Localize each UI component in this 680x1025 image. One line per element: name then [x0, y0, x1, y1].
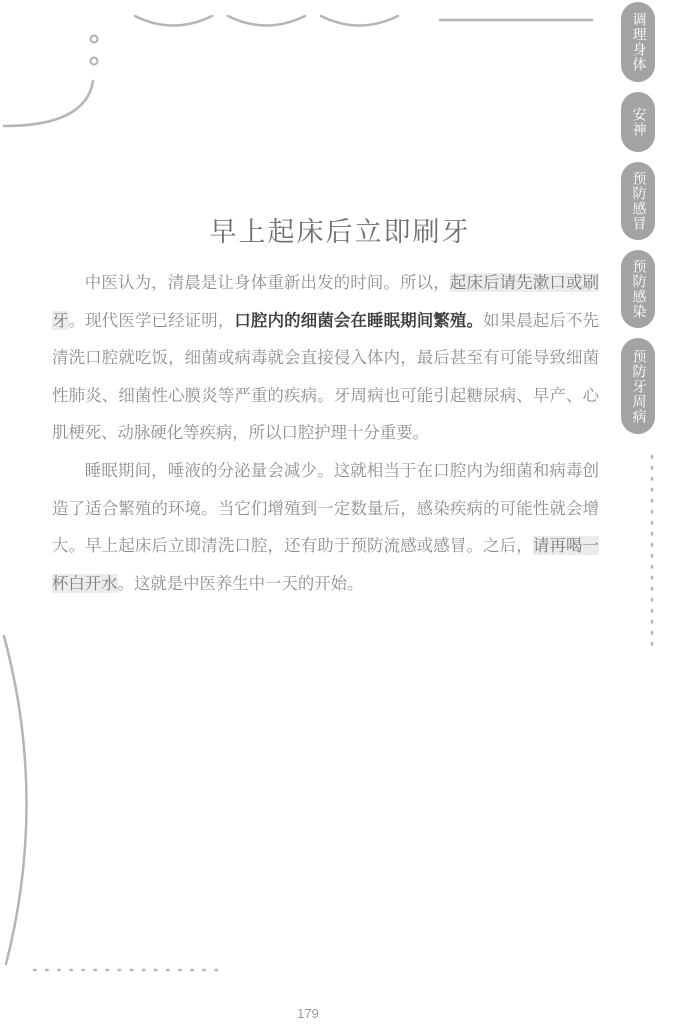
right-dotted-decoration: [648, 452, 656, 662]
article-body: 中医认为，清晨是让身体重新出发的时间。所以，起床后请先漱口或刷牙。现代医学已经证…: [52, 264, 599, 602]
text-segment: 中医认为，清晨是让身体重新出发的时间。所以，: [85, 273, 450, 292]
side-tab-yufang-yazhoubing[interactable]: 预防牙周病: [621, 338, 655, 434]
text-segment: 。现代医学已经证明，: [69, 311, 235, 330]
bold-bacteria-statement: 口腔内的细菌会在睡眠期间繁殖。: [234, 311, 483, 330]
side-tab-label: 调理身体: [630, 12, 647, 72]
bottom-dotted-decoration: [30, 966, 230, 974]
paragraph-2: 睡眠期间，唾液的分泌量会减少。这就相当于在口腔内为细菌和病毒创造了适合繁殖的环境…: [52, 452, 599, 602]
paragraph-1: 中医认为，清晨是让身体重新出发的时间。所以，起床后请先漱口或刷牙。现代医学已经证…: [52, 264, 599, 452]
top-arc-decoration: [0, 0, 600, 140]
side-tab-anshen[interactable]: 安神: [621, 92, 655, 152]
page-title: 早上起床后立即刷牙: [0, 210, 680, 249]
side-tab-yufang-ganmao[interactable]: 预防感冒: [621, 162, 655, 240]
side-tab-yufang-ganran[interactable]: 预防感染: [621, 250, 655, 328]
text-segment: 如果晨起后不先清洗口腔就吃饭，细菌或病毒就会直接侵入体内，最后甚至有可能导致细菌…: [52, 311, 599, 443]
side-tab-label: 预防感冒: [630, 171, 647, 231]
side-tab-label: 预防感染: [630, 259, 647, 319]
text-segment: 。这就是中医养生中一天的开始。: [118, 574, 364, 593]
left-arc-decoration: [0, 630, 50, 970]
side-tab-label: 预防牙周病: [630, 349, 647, 424]
page-number: 179: [0, 1006, 616, 1021]
side-tab-label: 安神: [630, 107, 647, 137]
text-segment: 睡眠期间，唾液的分泌量会减少。这就相当于在口腔内为细菌和病毒创造了适合繁殖的环境…: [52, 461, 599, 555]
side-tab-tiaoli-shenti[interactable]: 调理身体: [621, 2, 655, 82]
